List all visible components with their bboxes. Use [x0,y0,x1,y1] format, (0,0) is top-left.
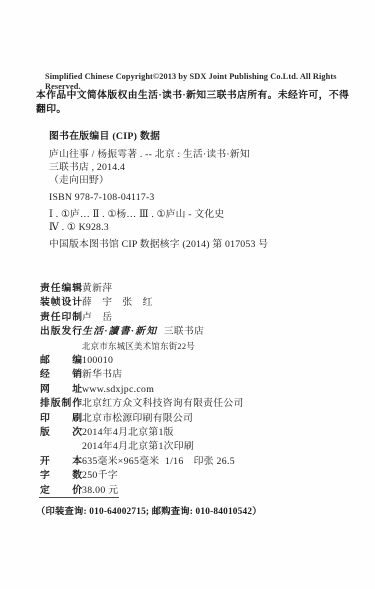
cip-publisher-line: 三联书店 , 2014.4 [49,161,349,174]
cip-title-line: 庐山往事 / 杨振雩著 . -- 北京 : 生活·读书·新知 [49,148,349,161]
row-label: 版次 [40,428,82,438]
row-label: 定价 [40,486,82,496]
row-value: 250千字 [82,471,118,481]
contact-phone-note: （印装查询: 010-64002715; 邮购查询: 010-84010542） [36,503,336,517]
colophon-row-format: 开本 635毫米×965毫米 1/16 印张 26.5 [40,457,360,467]
cip-classification-line-2: Ⅳ . ① K928.3 [49,221,349,234]
colophon-row-postcode: 邮编 100010 [40,356,360,366]
row-label: 装帧设计 [40,298,82,308]
row-value: 2014年4月北京第1次印刷 [82,442,194,452]
colophon-row-editor: 责任编辑 黄新萍 [40,284,360,294]
cip-isbn-line: ISBN 978-7-108-04117-3 [49,191,349,204]
colophon-row-printer: 印刷 北京市松源印刷有限公司 [40,414,360,424]
row-value: 北京市松源印刷有限公司 [82,414,193,424]
cip-series-line: （走向田野） [49,174,349,187]
row-label: 经销 [40,370,82,380]
colophon-row-distributor: 经销 新华书店 [40,370,360,380]
row-label: 出版发行 [40,327,82,337]
sdx-logo-text: 生活·讀書·新知 [82,326,158,337]
row-label: 字数 [40,471,82,481]
copyright-chinese-line: 本作品中文简体版权由生活·读书·新知三联书店所有。未经许可，不得翻印。 [36,87,356,115]
row-value: 北京红方众文科技咨询有限责任公司 [82,399,244,409]
colophon-row-address: 北京市东城区美术馆东街22号 [40,342,360,352]
colophon-row-typesetting: 排版制作 北京红方众文科技咨询有限责任公司 [40,399,360,409]
colophon-row-publisher: 出版发行 生活·讀書·新知三联书店 [40,327,360,337]
row-value: 635毫米×965毫米 1/16 印张 26.5 [82,457,235,467]
cip-data-block: 图书在版编目 (CIP) 数据 庐山往事 / 杨振雩著 . -- 北京 : 生活… [49,130,349,251]
row-label: 印刷 [40,414,82,424]
row-value: 2014年4月北京第1版 [82,428,174,438]
row-value: 薛 宇 张 红 [82,298,153,308]
publisher-name: 三联书店 [164,326,204,337]
row-value: 38.00 元 [82,486,118,496]
row-label: 开本 [40,457,82,467]
divider-rule [39,497,119,498]
footer-contact-block: （印装查询: 010-64002715; 邮购查询: 010-84010542） [36,497,336,517]
colophon-row-designer: 装帧设计 薛 宇 张 红 [40,298,360,308]
colophon-row-website: 网址 www.sdxjpc.com [40,385,360,395]
row-label: 邮编 [40,356,82,366]
publisher-address: 北京市东城区美术馆东街22号 [82,342,195,352]
row-label: 责任编辑 [40,284,82,294]
row-value: 新华书店 [82,370,122,380]
row-value: 黄新萍 [82,284,112,294]
row-value: 卢 岳 [82,313,112,323]
book-copyright-page: Simplified Chinese Copyright©2013 by SDX… [0,0,375,589]
cip-classification-line-1: Ⅰ . ①庐… Ⅱ . ①杨… Ⅲ . ①庐山 - 文化史 [49,208,349,221]
row-value: 100010 [82,356,113,366]
colophon-row-wordcount: 字数 250千字 [40,471,360,481]
cip-record-number-line: 中国版本图书馆 CIP 数据核字 (2014) 第 017053 号 [49,238,349,251]
colophon-row-price: 定价 38.00 元 [40,486,360,496]
cip-heading: 图书在版编目 (CIP) 数据 [49,130,349,143]
row-label: 排版制作 [40,399,82,409]
row-label: 网址 [40,385,82,395]
website-url: www.sdxjpc.com [82,385,154,395]
colophon-row-edition: 版次 2014年4月北京第1版 [40,428,360,438]
colophon-block: 责任编辑 黄新萍 装帧设计 薛 宇 张 红 责任印制 卢 岳 出版发行 生活·讀… [40,284,360,500]
colophon-row-printing: 2014年4月北京第1次印刷 [40,442,360,452]
row-label: 责任印制 [40,313,82,323]
colophon-row-print-supervisor: 责任印制 卢 岳 [40,313,360,323]
